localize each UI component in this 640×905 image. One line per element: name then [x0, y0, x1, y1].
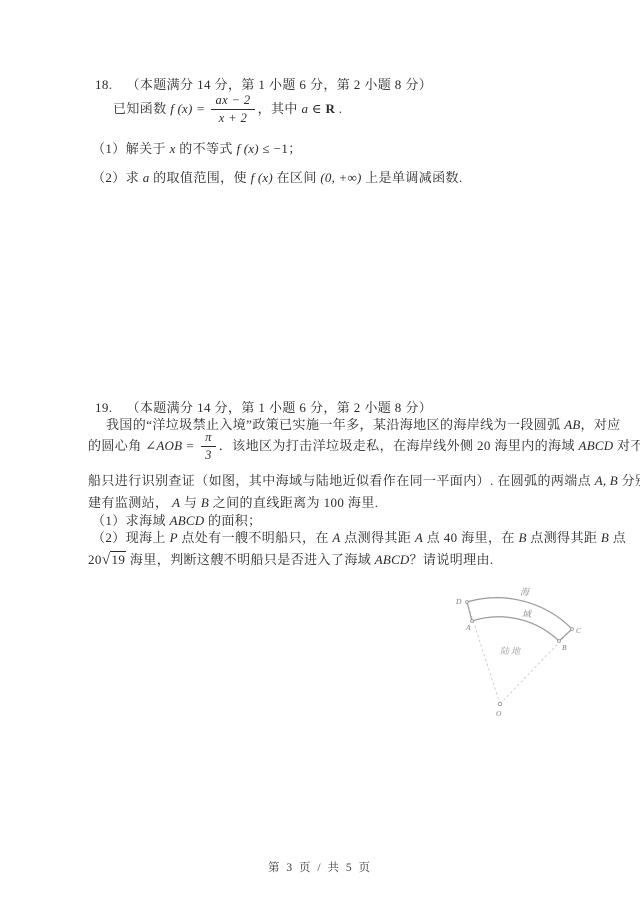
math-segment: ABCD	[170, 513, 205, 528]
problem-18-number: 18.	[95, 77, 112, 92]
text-segment: 分别	[618, 473, 640, 488]
exam-page: 18.（本题满分 14 分，第 1 小题 6 分，第 2 小题 8 分） 已知函…	[0, 0, 640, 905]
point-C-label: C	[576, 626, 582, 635]
math-segment: (0, +∞)	[320, 169, 361, 187]
page-footer: 第 3 页 / 共 5 页	[0, 859, 640, 875]
text-segment: 对不明	[613, 437, 640, 455]
problem-19-line4: 建有监测站， A 与 B 之间的直线距离为 100 海里.	[88, 494, 378, 512]
text-segment: 海里，判断这艘不明船只是否进入了海域	[126, 552, 375, 567]
fraction: π3	[201, 430, 216, 462]
math-segment: A	[415, 530, 423, 545]
radicand: 19	[110, 551, 126, 567]
text-segment: .	[335, 100, 342, 118]
text-segment: 点处有一艘不明船只，在	[178, 530, 333, 545]
sea-label-char1: 海	[520, 587, 531, 597]
problem-19-score-note: （本题满分 14 分，第 1 小题 6 分，第 2 小题 8 分）	[126, 400, 432, 415]
text-segment: 船只进行识别查证（如图，其中海域与陆地近似看作在同一平面内）. 在圆弧的两端点	[88, 473, 595, 488]
land-label: 陆地	[500, 646, 522, 656]
math-segment: P	[170, 530, 178, 545]
text-segment: 的面积；	[204, 513, 261, 528]
square-root: √19	[102, 552, 126, 567]
fraction-denominator: x + 2	[211, 110, 254, 125]
math-segment: B	[518, 530, 526, 545]
text-segment: 上是单调减函数.	[362, 169, 463, 187]
math-segment: ABCD	[375, 552, 410, 567]
math-segment: f (x)	[236, 141, 258, 156]
problem-18-part1: （1）解关于 x 的不等式 f (x) ≤ −1；	[92, 140, 302, 158]
point-O-marker	[498, 702, 502, 706]
problem-19-part1: （1）求海域 ABCD 的面积；	[92, 512, 262, 530]
text-segment: ≤ −1；	[259, 141, 302, 156]
sea-band-outline	[467, 598, 572, 641]
point-C-marker	[571, 628, 574, 631]
text-segment: 已知函数	[113, 100, 170, 118]
point-B-marker	[558, 640, 561, 643]
text-segment: ？请说明理由.	[410, 552, 494, 567]
text-segment: 点测得其距	[527, 530, 601, 545]
math-segment: ∠AOB =	[145, 437, 198, 455]
fraction-numerator: π	[201, 430, 216, 446]
point-D-label: D	[455, 597, 462, 606]
text-segment: ．该地区为打击洋垃圾走私，在海岸线外侧 20 海里内的海域	[219, 437, 579, 455]
sector-diagram: 海 域 陆地 D A B C O	[438, 580, 592, 722]
text-segment: 之间的直线距离为 100 海里.	[209, 495, 378, 510]
text-segment: （2）求	[92, 169, 143, 187]
math-segment: ABCD	[579, 437, 614, 455]
math-segment: f (x) =	[170, 100, 208, 118]
text-segment: （1）求海域	[92, 513, 170, 528]
problem-18-given: 已知函数 f (x) = ax − 2x + 2，其中 a ∈ R .	[113, 94, 342, 124]
point-A-marker	[471, 620, 474, 623]
math-segment: f (x)	[251, 169, 273, 187]
radius-OC-line	[500, 629, 572, 704]
text-segment: ∈	[308, 100, 325, 118]
text-segment: 的不等式	[176, 141, 237, 156]
text-segment: 与	[180, 495, 201, 510]
math-segment: A	[332, 530, 340, 545]
problem-19-number: 19.	[95, 400, 112, 415]
text-segment: 在区间	[273, 169, 321, 187]
problem-18-part2: （2）求 a 的取值范围，使 f (x) 在区间 (0, +∞) 上是单调减函数…	[92, 167, 463, 189]
fraction: ax − 2x + 2	[211, 93, 254, 125]
math-segment: B	[601, 530, 609, 545]
text-segment: 点 40 海里，在	[423, 530, 518, 545]
point-A-label: A	[465, 623, 471, 632]
problem-19-line7: 20√19 海里，判断这艘不明船只是否进入了海域 ABCD？请说明理由.	[88, 550, 494, 570]
text-segment: ，其中	[258, 100, 302, 118]
point-B-label: B	[562, 643, 567, 652]
math-segment: A, B	[595, 473, 618, 488]
text-segment: 的取值范围，使	[149, 169, 250, 187]
problem-18-score-note: （本题满分 14 分，第 1 小题 6 分，第 2 小题 8 分）	[126, 77, 432, 92]
text-segment: （1）解关于	[92, 141, 170, 156]
sector-diagram-svg: 海 域 陆地 D A B C O	[438, 580, 592, 722]
text-segment: 建有监测站，	[88, 495, 172, 510]
bold-math-segment: R	[325, 100, 335, 118]
problem-19-line2: 的圆心角 ∠AOB = π3．该地区为打击洋垃圾走私，在海岸线外侧 20 海里内…	[88, 430, 640, 462]
fraction-numerator: ax − 2	[211, 93, 254, 109]
point-O-label: O	[496, 709, 502, 718]
text-segment: 的圆心角	[88, 437, 145, 455]
problem-19-part2: （2）现海上 P 点处有一艘不明船只，在 A 点测得其距 A 点 40 海里，在…	[92, 529, 626, 547]
text-segment: 20	[88, 552, 102, 567]
problem-19-line3: 船只进行识别查证（如图，其中海域与陆地近似看作在同一平面内）. 在圆弧的两端点 …	[88, 472, 640, 490]
problem-19-header: 19.（本题满分 14 分，第 1 小题 6 分，第 2 小题 8 分）	[95, 399, 432, 417]
text-segment: 点测得其距	[341, 530, 415, 545]
fraction-denominator: 3	[201, 447, 216, 462]
math-segment: a	[143, 169, 150, 187]
text-segment: 点	[609, 530, 626, 545]
math-segment: B	[201, 495, 209, 510]
sea-label-char2: 域	[522, 609, 533, 619]
point-D-marker	[466, 601, 469, 604]
math-segment: a	[301, 100, 308, 118]
text-segment: （2）现海上	[92, 530, 170, 545]
math-segment: A	[172, 495, 180, 510]
problem-18-header: 18.（本题满分 14 分，第 1 小题 6 分，第 2 小题 8 分）	[95, 76, 432, 94]
